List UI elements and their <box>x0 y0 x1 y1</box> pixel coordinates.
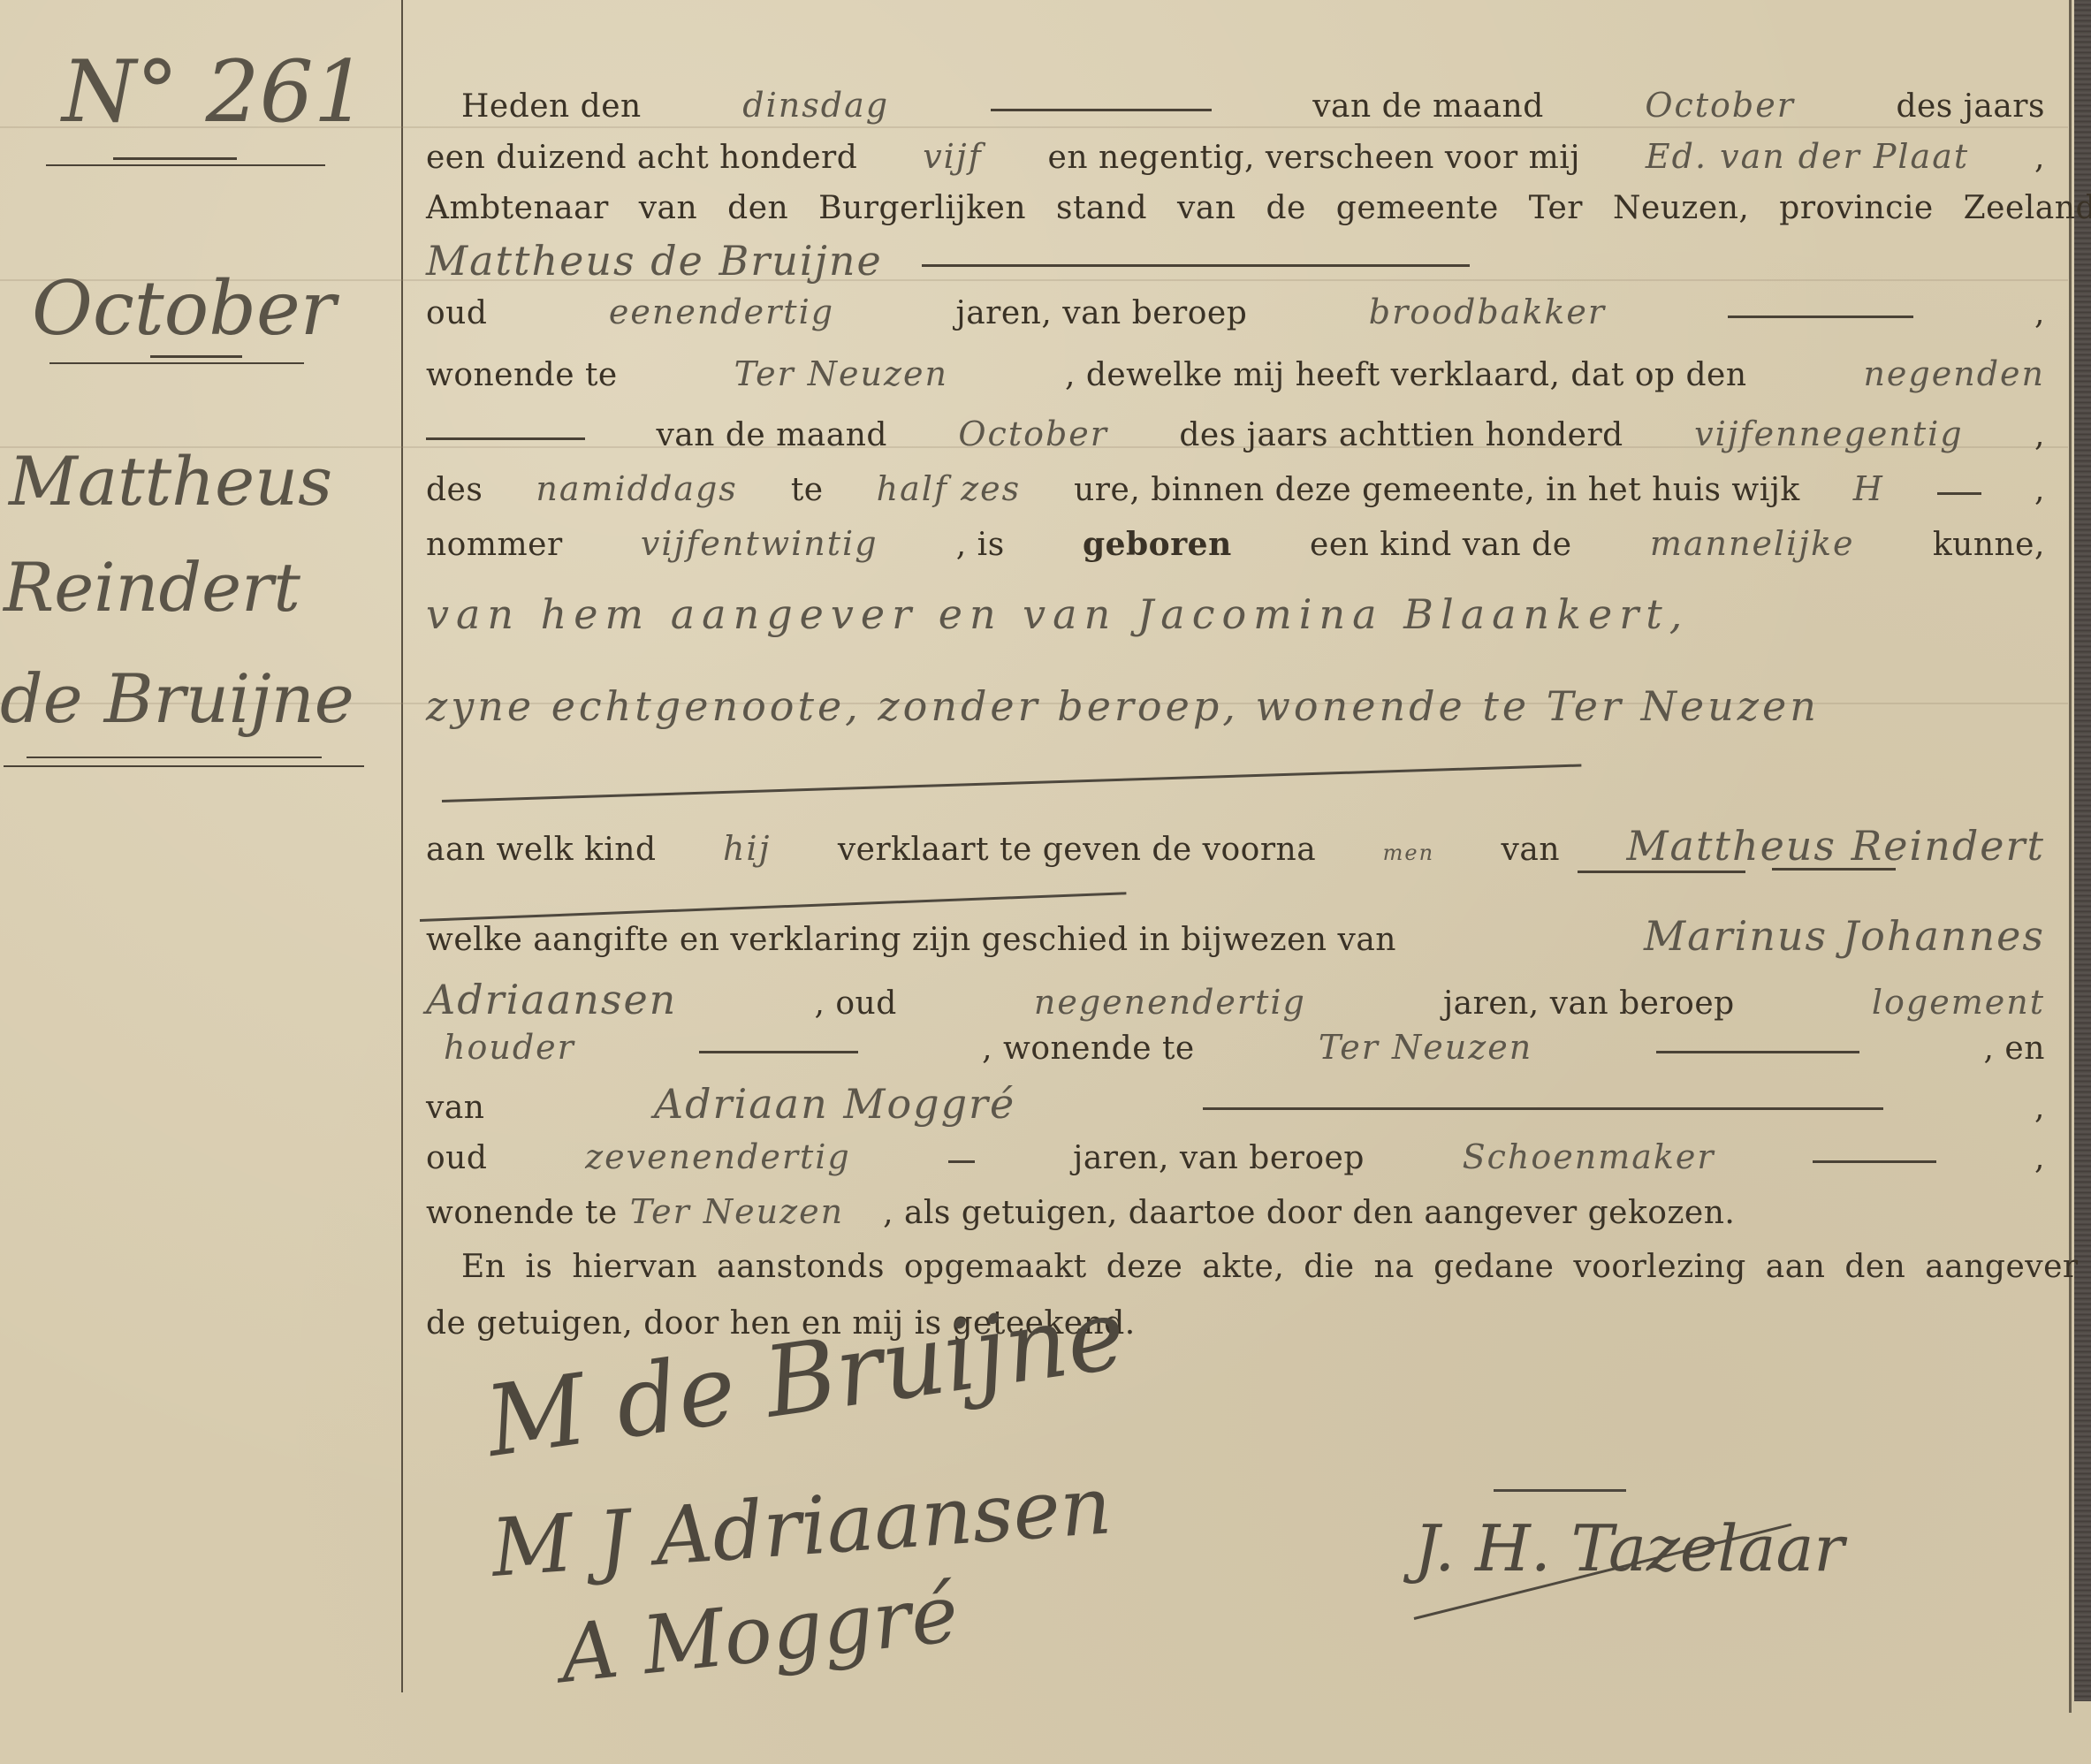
witness-1-residence: Ter Neuzen <box>1319 1030 1532 1064</box>
margin-divider <box>401 0 403 1692</box>
signature-witness-1: M J Adriaansen <box>489 1459 1114 1595</box>
witness-2-age: zevenendertig <box>585 1140 851 1174</box>
record-line-2: een duizend acht honderd vijf en negenti… <box>426 140 2045 174</box>
margin-child-firstname: Mattheus <box>9 442 332 521</box>
witness-2-occupation: Schoenmaker <box>1463 1140 1715 1174</box>
underline <box>1578 871 1745 873</box>
record-line-6: wonende te Ter Neuzen , dewelke mij heef… <box>426 357 2045 392</box>
blank-line <box>1937 492 1981 495</box>
blank-line <box>1203 1107 1883 1110</box>
binding-edge <box>2074 0 2091 1701</box>
page-edge-line <box>2069 0 2072 1713</box>
underline <box>46 164 325 166</box>
record-number: N° 261 <box>62 42 368 141</box>
witness-1-given-names: Marinus Johannes <box>1644 916 2045 956</box>
underline <box>49 362 304 364</box>
year-digit: vijf <box>923 140 982 173</box>
record-line-18: wonende te Ter Neuzen , als getuigen, da… <box>426 1195 1941 1229</box>
time-of-day: namiddags <box>536 472 737 506</box>
record-line-10: van hem aangever en van Jacomina Blaanke… <box>426 594 2045 635</box>
witness-2-residence: Ter Neuzen <box>630 1195 844 1228</box>
declarant-age: eenendertig <box>609 295 834 329</box>
birth-record-page: N° 261 October Mattheus Reindert de Brui… <box>0 0 2091 1764</box>
born-label: geboren <box>1083 528 1232 560</box>
underline <box>4 765 364 767</box>
month: October <box>1645 88 1795 122</box>
blank-line <box>1656 1051 1859 1053</box>
margin-month: October <box>32 265 336 352</box>
birth-hour: half zes <box>877 472 1021 506</box>
record-line-12: aan welk kind hij verklaart te geven de … <box>426 825 2045 866</box>
house-number: vijfentwintig <box>641 527 878 560</box>
declarant-occupation: broodbakker <box>1369 295 1606 329</box>
birth-year: vijfennegentig <box>1694 417 1963 451</box>
underline <box>1772 868 1896 871</box>
declarant-pronoun: hij <box>723 832 771 865</box>
record-line-3: Ambtenaar van den Burgerlijken stand van… <box>426 193 2045 224</box>
blank-line <box>922 264 1470 267</box>
record-line-7: van de maand October des jaars achttien … <box>426 417 2045 452</box>
birth-day: negenden <box>1863 357 2045 391</box>
witness-1-surname: Adriaansen <box>426 979 677 1020</box>
witness-2-name: Adriaan Moggré <box>654 1083 1015 1124</box>
mother-residence: zyne echtgenoote, zonder beroep, wonende… <box>426 686 1820 726</box>
underline <box>27 757 322 758</box>
record-line-15: houder , wonende te Ter Neuzen , en <box>426 1030 2045 1065</box>
blank-line <box>699 1051 858 1053</box>
margin-child-middlename: Reindert <box>4 548 300 627</box>
record-line-16: van Adriaan Moggré , <box>426 1083 2045 1124</box>
signature-flourish <box>1494 1489 1626 1492</box>
record-line-13: welke aangifte en verklaring zijn geschi… <box>426 916 2045 956</box>
record-line-11: zyne echtgenoote, zonder beroep, wonende… <box>426 686 2045 726</box>
record-line-4: Mattheus de Bruijne <box>426 240 2045 281</box>
record-line-1: Heden den dinsdag van de maand October d… <box>426 88 2045 123</box>
mother-details: van hem aangever en van Jacomina Blaanke… <box>426 594 1689 635</box>
underline <box>150 355 242 358</box>
blank-line <box>1728 316 1913 318</box>
declarant-name: Mattheus de Bruijne <box>426 240 883 281</box>
record-line-9: nommer vijfentwintig , is geboren een ki… <box>426 527 2045 561</box>
record-line-5: oud eenendertig jaren, van beroep broodb… <box>426 295 2045 330</box>
registrar-name: Ed. van der Plaat <box>1646 140 1969 173</box>
record-line-8: des namiddags te half zes ure, binnen de… <box>426 472 2045 506</box>
blank-line <box>426 437 585 440</box>
child-sex: mannelijke <box>1650 527 1855 560</box>
blank-line <box>948 1160 975 1163</box>
birth-month: October <box>958 417 1108 451</box>
declarant-residence: Ter Neuzen <box>734 357 948 391</box>
signature-witness-2: A Moggré <box>556 1567 962 1701</box>
child-given-names: Mattheus Reindert <box>1626 825 2045 866</box>
underline <box>113 157 237 160</box>
fill-stroke <box>442 764 1581 802</box>
witness-1-occupation-cont: houder <box>444 1030 575 1064</box>
witness-1-age: negenendertig <box>1034 985 1306 1019</box>
record-line-20: de getuigen, door hen en mij is geteeken… <box>426 1308 2045 1340</box>
district: H <box>1853 472 1884 506</box>
witness-1-occupation: logement <box>1872 985 2045 1019</box>
record-line-19: En is hiervan aanstonds opgemaakt deze a… <box>461 1251 2045 1283</box>
record-line-17: oud zevenendertig jaren, van beroep Scho… <box>426 1140 2045 1175</box>
blank-line <box>991 109 1212 111</box>
margin-child-surname: de Bruijne <box>0 659 354 738</box>
weekday: dinsdag <box>742 88 889 122</box>
signature-official: J. H. Tazelaar <box>1414 1511 1844 1585</box>
blank-line <box>1813 1160 1936 1163</box>
record-line-14: Adriaansen , oud negenendertig jaren, va… <box>426 979 2045 1020</box>
